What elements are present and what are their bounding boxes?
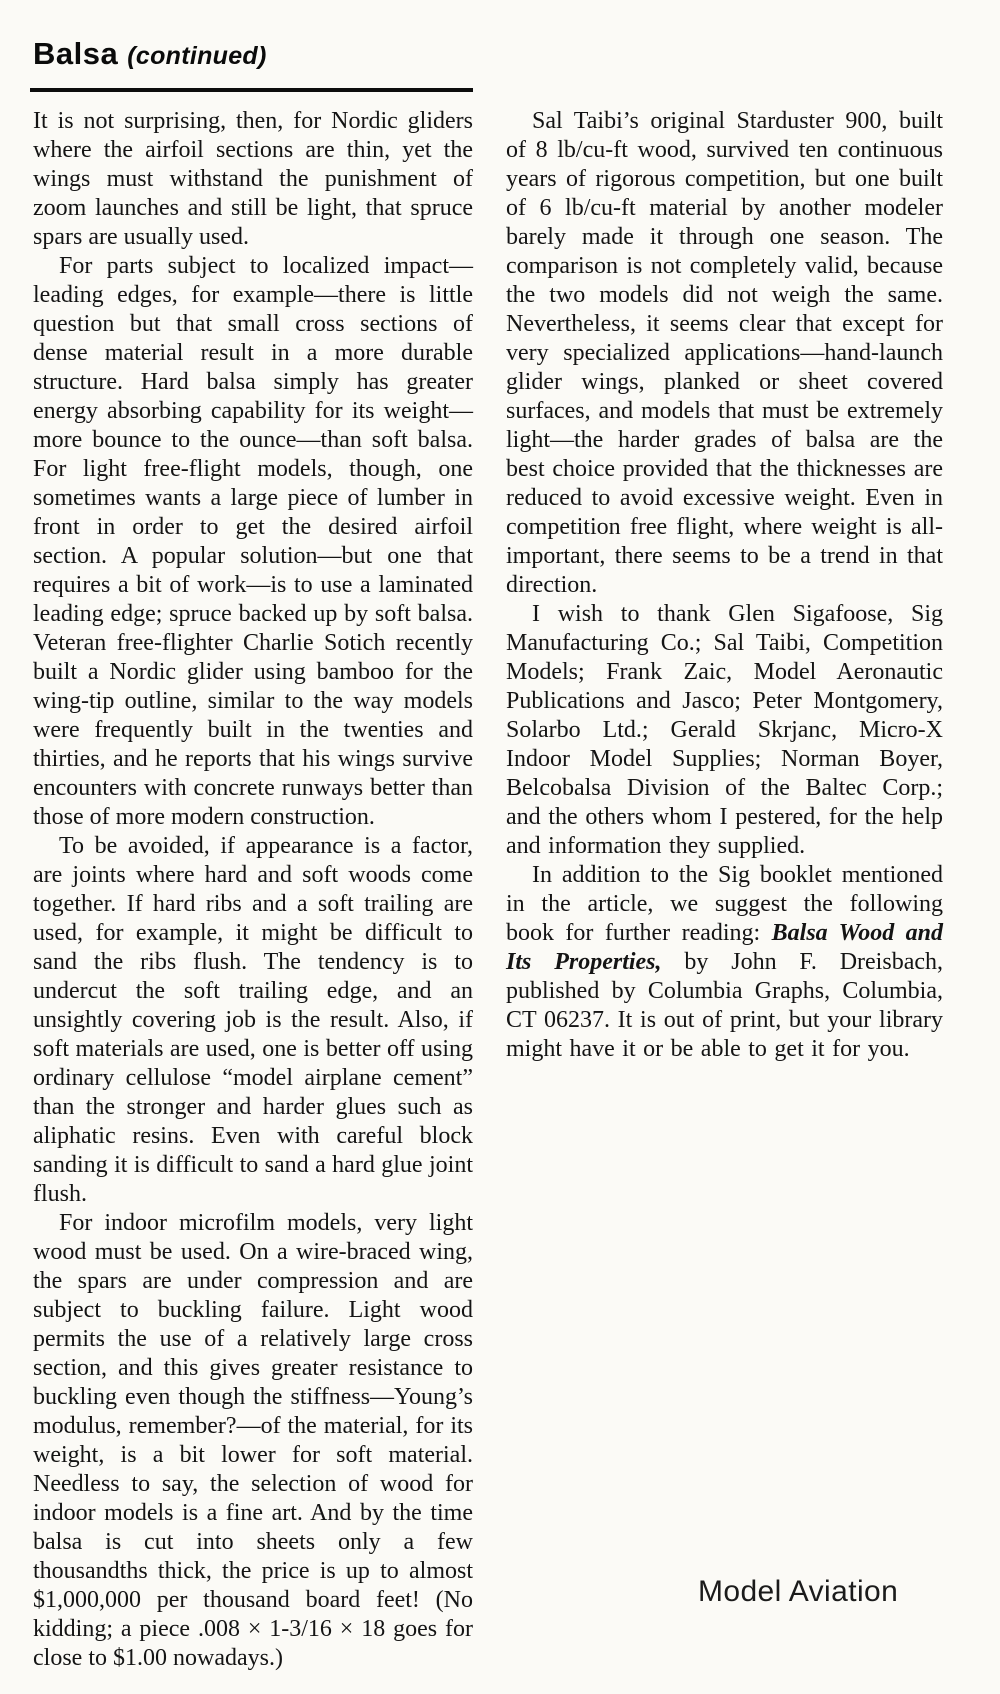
article-heading: Balsa(continued) bbox=[33, 36, 267, 72]
paragraph-localized-impact: For parts subject to localized impact—le… bbox=[33, 252, 473, 832]
left-column: It is not surprising, then, for Nordic g… bbox=[33, 107, 473, 1673]
article-continued-label: (continued) bbox=[127, 42, 266, 70]
magazine-page: Balsa(continued) It is not surprising, t… bbox=[0, 0, 1000, 1694]
page-footer: Model Aviation bbox=[698, 1575, 898, 1609]
paragraph-joints-to-avoid: To be avoided, if appearance is a factor… bbox=[33, 832, 473, 1209]
paragraph-acknowledgments: I wish to thank Glen Sigafoose, Sig Manu… bbox=[506, 600, 943, 861]
right-column: Sal Taibi’s original Starduster 900, bui… bbox=[506, 107, 943, 1673]
paragraph-starduster: Sal Taibi’s original Starduster 900, bui… bbox=[506, 107, 943, 600]
paragraph-further-reading: In addition to the Sig booklet mentioned… bbox=[506, 861, 943, 1064]
header-rule bbox=[30, 88, 473, 92]
article-title: Balsa bbox=[33, 36, 118, 71]
article-body: It is not surprising, then, for Nordic g… bbox=[33, 107, 943, 1673]
paragraph-indoor-microfilm: For indoor microfilm models, very light … bbox=[33, 1209, 473, 1673]
article-header: Balsa(continued) bbox=[33, 36, 267, 72]
paragraph-nordic-gliders: It is not surprising, then, for Nordic g… bbox=[33, 107, 473, 252]
magazine-name: Model Aviation bbox=[698, 1575, 898, 1609]
